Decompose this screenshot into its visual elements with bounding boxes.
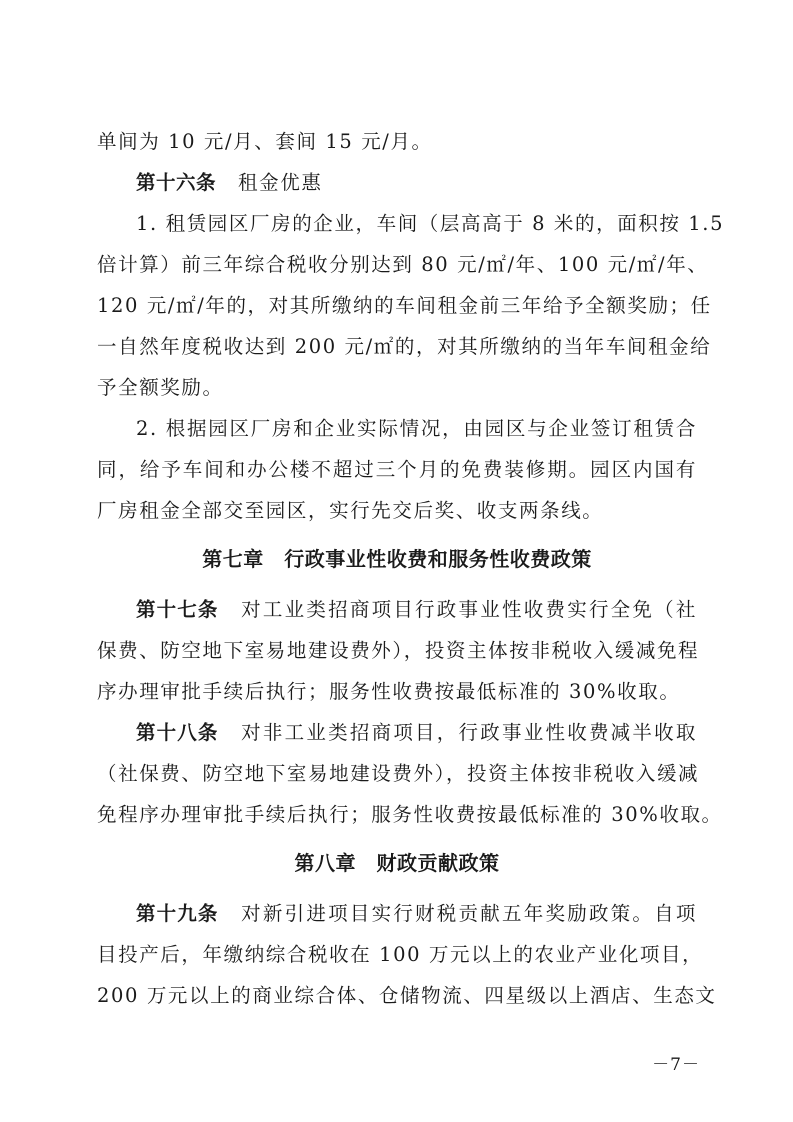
article-18-line: 第十八条对非工业类招商项目，行政事业性收费减半收取 xyxy=(136,721,697,745)
article-16-heading: 第十六条租金优惠 xyxy=(136,171,697,195)
chapter-8-heading: 第八章 财政贡献政策 xyxy=(97,851,697,875)
text-line: 200 万元以上的商业综合体、仓储物流、四星级以上酒店、生态文 xyxy=(97,984,697,1008)
article-label: 第十六条 xyxy=(136,171,216,194)
text-line: 倍计算）前三年综合税收分别达到 80 元/㎡/年、100 元/㎡/年、 xyxy=(97,253,697,277)
text-line: （社保费、防空地下室易地建设费外），投资主体按非税收入缓减 xyxy=(97,762,697,786)
text-line: 厂房租金全部交至园区，实行先交后奖、收支两条线。 xyxy=(97,499,697,523)
article-19-line: 第十九条对新引进项目实行财税贡献五年奖励政策。自项 xyxy=(136,902,697,926)
article-label: 第十八条 xyxy=(136,721,219,744)
article-17-line: 第十七条对工业类招商项目行政事业性收费实行全免（社 xyxy=(136,598,697,622)
text-line: 免程序办理审批手续后执行；服务性收费按最低标准的 30%收取。 xyxy=(97,803,697,827)
article-text: 对工业类招商项目行政事业性收费实行全免（社 xyxy=(241,598,697,621)
text-line: 一自然年度税收达到 200 元/㎡的，对其所缴纳的当年车间租金给 xyxy=(97,335,697,359)
text-line: 同，给予车间和办公楼不超过三个月的免费装修期。园区内国有 xyxy=(97,458,697,482)
text-line: 予全额奖励。 xyxy=(97,376,697,400)
text-line: 单间为 10 元/月、套间 15 元/月。 xyxy=(97,130,697,154)
document-page: 单间为 10 元/月、套间 15 元/月。 第十六条租金优惠 1. 租赁园区厂房… xyxy=(0,0,793,1122)
text-line: 目投产后，年缴纳综合税收在 100 万元以上的农业产业化项目， xyxy=(97,943,697,967)
chapter-7-heading: 第七章 行政事业性收费和服务性收费政策 xyxy=(97,547,697,571)
page-number: －7－ xyxy=(640,1055,700,1075)
text-line: 120 元/㎡/年的，对其所缴纳的车间租金前三年给予全额奖励；任 xyxy=(97,294,697,318)
article-label: 第十七条 xyxy=(136,598,219,621)
text-line: 保费、防空地下室易地建设费外），投资主体按非税收入缓减免程 xyxy=(97,639,697,663)
text-line: 1. 租赁园区厂房的企业，车间（层高高于 8 米的，面积按 1.5 xyxy=(136,212,697,236)
article-text: 对新引进项目实行财税贡献五年奖励政策。自项 xyxy=(241,902,697,925)
text-line: 序办理审批手续后执行；服务性收费按最低标准的 30%收取。 xyxy=(97,680,697,704)
text-line: 2. 根据园区厂房和企业实际情况，由园区与企业签订租赁合 xyxy=(136,417,697,441)
article-text: 对非工业类招商项目，行政事业性收费减半收取 xyxy=(241,721,697,744)
article-title: 租金优惠 xyxy=(238,171,322,194)
article-label: 第十九条 xyxy=(136,902,219,925)
